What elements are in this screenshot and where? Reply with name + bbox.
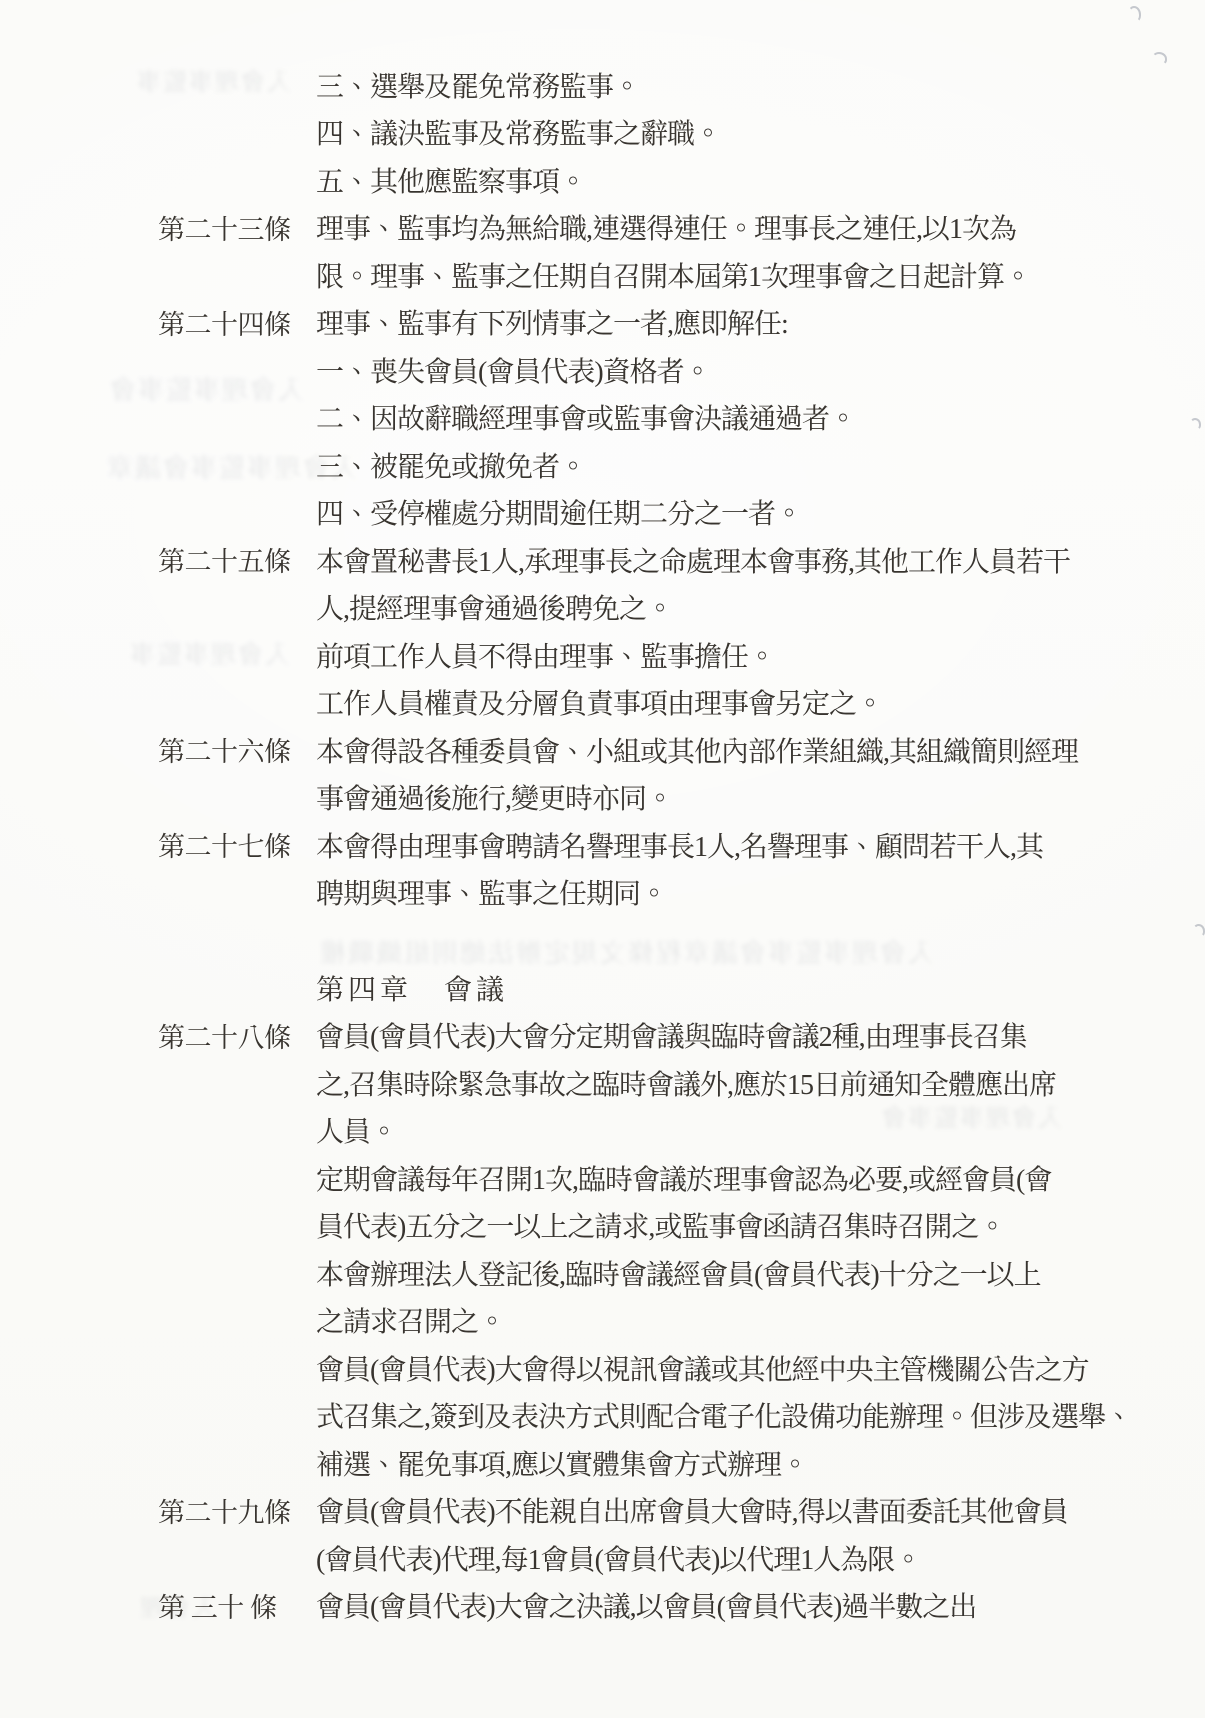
line-text: 定期會議每年召開1次,臨時會議於理事會認為必要,或經會員(會 xyxy=(316,1158,1051,1198)
article-number: 第二十四條 xyxy=(158,303,316,342)
scan-artifact xyxy=(1193,924,1205,937)
document-line: 三、被罷免或撤免者。 xyxy=(158,441,1185,489)
line-text: 本會置秘書長1人,承理事長之命處理本會事務,其他工作人員若干 xyxy=(316,540,1070,580)
line-text: 理事、監事均為無給職,連選得連任。理事長之連任,以1次為 xyxy=(316,207,1016,247)
line-text: 之,召集時除緊急事故之臨時會議外,應於15日前通知全體應出席 xyxy=(316,1063,1056,1103)
document-line: 式召集之,簽到及表決方式則配合電子化設備功能辦理。但涉及選舉、 xyxy=(158,1392,1185,1440)
article-number: 第二十三條 xyxy=(158,208,316,247)
line-text: 工作人員權責及分層負責事項由理事會另定之。 xyxy=(316,682,883,722)
document-line: 本會辦理法人登記後,臨時會議經會員(會員代表)十分之一以上 xyxy=(158,1249,1185,1297)
document-line: 第二十三條理事、監事均為無給職,連選得連任。理事長之連任,以1次為 xyxy=(158,204,1185,252)
document-line: 五、其他應監察事項。 xyxy=(158,156,1185,204)
document-line: 第二十九條會員(會員代表)不能親自出席會員大會時,得以書面委託其他會員 xyxy=(158,1487,1185,1535)
document-line: 一、喪失會員(會員代表)資格者。 xyxy=(158,346,1185,394)
document-line: 人員。 xyxy=(158,1107,1185,1155)
line-text: 本會得由理事會聘請名譽理事長1人,名譽理事、顧問若干人,其 xyxy=(316,825,1043,865)
article-number: 第二十六條 xyxy=(158,730,316,769)
document-line: 之請求召開之。 xyxy=(158,1297,1185,1345)
article-number: 第二十五條 xyxy=(158,540,316,579)
line-text: 三、被罷免或撤免者。 xyxy=(316,445,586,485)
document-line: 第二十七條本會得由理事會聘請名譽理事長1人,名譽理事、顧問若干人,其 xyxy=(158,821,1185,869)
chapter-heading-line: 第四章 會議 xyxy=(158,964,1185,1012)
line-text: 式召集之,簽到及表決方式則配合電子化設備功能辦理。但涉及選舉、 xyxy=(316,1395,1132,1435)
line-text: 事會通過後施行,變更時亦同。 xyxy=(316,777,673,817)
scan-artifact xyxy=(1128,6,1141,22)
document-line: 第 三十 條會員(會員代表)大會之決議,以會員(會員代表)過半數之出 xyxy=(158,1582,1185,1630)
article-number: 第 三十 條 xyxy=(158,1586,316,1625)
document-line: 第二十六條本會得設各種委員會、小組或其他內部作業組織,其組織簡則經理 xyxy=(158,726,1185,774)
line-text: 之請求召開之。 xyxy=(316,1300,505,1340)
article-number: 第二十九條 xyxy=(158,1491,316,1530)
line-text: (會員代表)代理,每1會員(會員代表)以代理1人為限。 xyxy=(316,1538,921,1578)
line-text: 一、喪失會員(會員代表)資格者。 xyxy=(316,350,711,390)
article-number: 第二十七條 xyxy=(158,825,316,864)
line-text: 理事、監事有下列情事之一者,應即解任: xyxy=(316,302,788,342)
line-text: 人員。 xyxy=(316,1110,397,1150)
line-text: 聘期與理事、監事之任期同。 xyxy=(316,872,667,912)
document-line: 之,召集時除緊急事故之臨時會議外,應於15日前通知全體應出席 xyxy=(158,1059,1185,1107)
document-line: 員代表)五分之一以上之請求,或監事會函請召集時召開之。 xyxy=(158,1202,1185,1250)
document-line: 限。理事、監事之任期自召開本屆第1次理事會之日起計算。 xyxy=(158,251,1185,299)
document-line: 第二十五條本會置秘書長1人,承理事長之命處理本會事務,其他工作人員若干 xyxy=(158,536,1185,584)
document-line: 工作人員權責及分層負責事項由理事會另定之。 xyxy=(158,679,1185,727)
line-text: 補選、罷免事項,應以實體集會方式辦理。 xyxy=(316,1443,808,1483)
line-text: 本會得設各種委員會、小組或其他內部作業組織,其組織簡則經理 xyxy=(316,730,1078,770)
line-text: 限。理事、監事之任期自召開本屆第1次理事會之日起計算。 xyxy=(316,255,1031,295)
document-line: 會員(會員代表)大會得以視訊會議或其他經中央主管機關公告之方 xyxy=(158,1344,1185,1392)
document-text-column: 三、選舉及罷免常務監事。四、議決監事及常務監事之辭職。五、其他應監察事項。第二十… xyxy=(158,61,1185,1629)
line-text: 會員(會員代表)大會得以視訊會議或其他經中央主管機關公告之方 xyxy=(316,1348,1089,1388)
document-line: 事會通過後施行,變更時亦同。 xyxy=(158,774,1185,822)
document-line: 人,提經理事會通過後聘免之。 xyxy=(158,584,1185,632)
line-text: 會員(會員代表)不能親自出席會員大會時,得以書面委託其他會員 xyxy=(316,1490,1068,1530)
scanned-document-page: { "page": { "background_color": "#fbfbf9… xyxy=(0,0,1205,1718)
scan-artifact xyxy=(1190,418,1201,430)
document-line: (會員代表)代理,每1會員(會員代表)以代理1人為限。 xyxy=(158,1534,1185,1582)
document-line: 二、因故辭職經理事會或監事會決議通過者。 xyxy=(158,394,1185,442)
line-text: 前項工作人員不得由理事、監事擔任。 xyxy=(316,635,775,675)
line-text: 本會辦理法人登記後,臨時會議經會員(會員代表)十分之一以上 xyxy=(316,1253,1041,1293)
document-line: 聘期與理事、監事之任期同。 xyxy=(158,869,1185,917)
document-line: 三、選舉及罷免常務監事。 xyxy=(158,61,1185,109)
line-text: 會員(會員代表)大會分定期會議與臨時會議2種,由理事長召集 xyxy=(316,1015,1027,1055)
line-text: 四、受停權處分期間逾任期二分之一者。 xyxy=(316,492,802,532)
line-text: 三、選舉及罷免常務監事。 xyxy=(316,65,640,105)
document-line: 第二十八條會員(會員代表)大會分定期會議與臨時會議2種,由理事長召集 xyxy=(158,1012,1185,1060)
article-number: 第二十八條 xyxy=(158,1016,316,1055)
paper-background: 入會理事監事入會理事監事會入會理事監事會議章入會理事監事入會理事監事會議章程條文… xyxy=(0,0,1205,1718)
line-text: 員代表)五分之一以上之請求,或監事會函請召集時召開之。 xyxy=(316,1205,1005,1245)
line-text: 會員(會員代表)大會之決議,以會員(會員代表)過半數之出 xyxy=(316,1585,976,1625)
line-text: 五、其他應監察事項。 xyxy=(316,160,586,200)
document-line: 四、受停權處分期間逾任期二分之一者。 xyxy=(158,489,1185,537)
document-line: 第二十四條理事、監事有下列情事之一者,應即解任: xyxy=(158,299,1185,347)
line-text: 四、議決監事及常務監事之辭職。 xyxy=(316,112,721,152)
chapter-heading-text: 第四章 會議 xyxy=(316,968,508,1008)
line-text: 人,提經理事會通過後聘免之。 xyxy=(316,587,673,627)
document-line: 補選、罷免事項,應以實體集會方式辦理。 xyxy=(158,1439,1185,1487)
document-line: 前項工作人員不得由理事、監事擔任。 xyxy=(158,631,1185,679)
document-line: 定期會議每年召開1次,臨時會議於理事會認為必要,或經會員(會 xyxy=(158,1154,1185,1202)
document-line: 四、議決監事及常務監事之辭職。 xyxy=(158,109,1185,157)
line-text: 二、因故辭職經理事會或監事會決議通過者。 xyxy=(316,397,856,437)
